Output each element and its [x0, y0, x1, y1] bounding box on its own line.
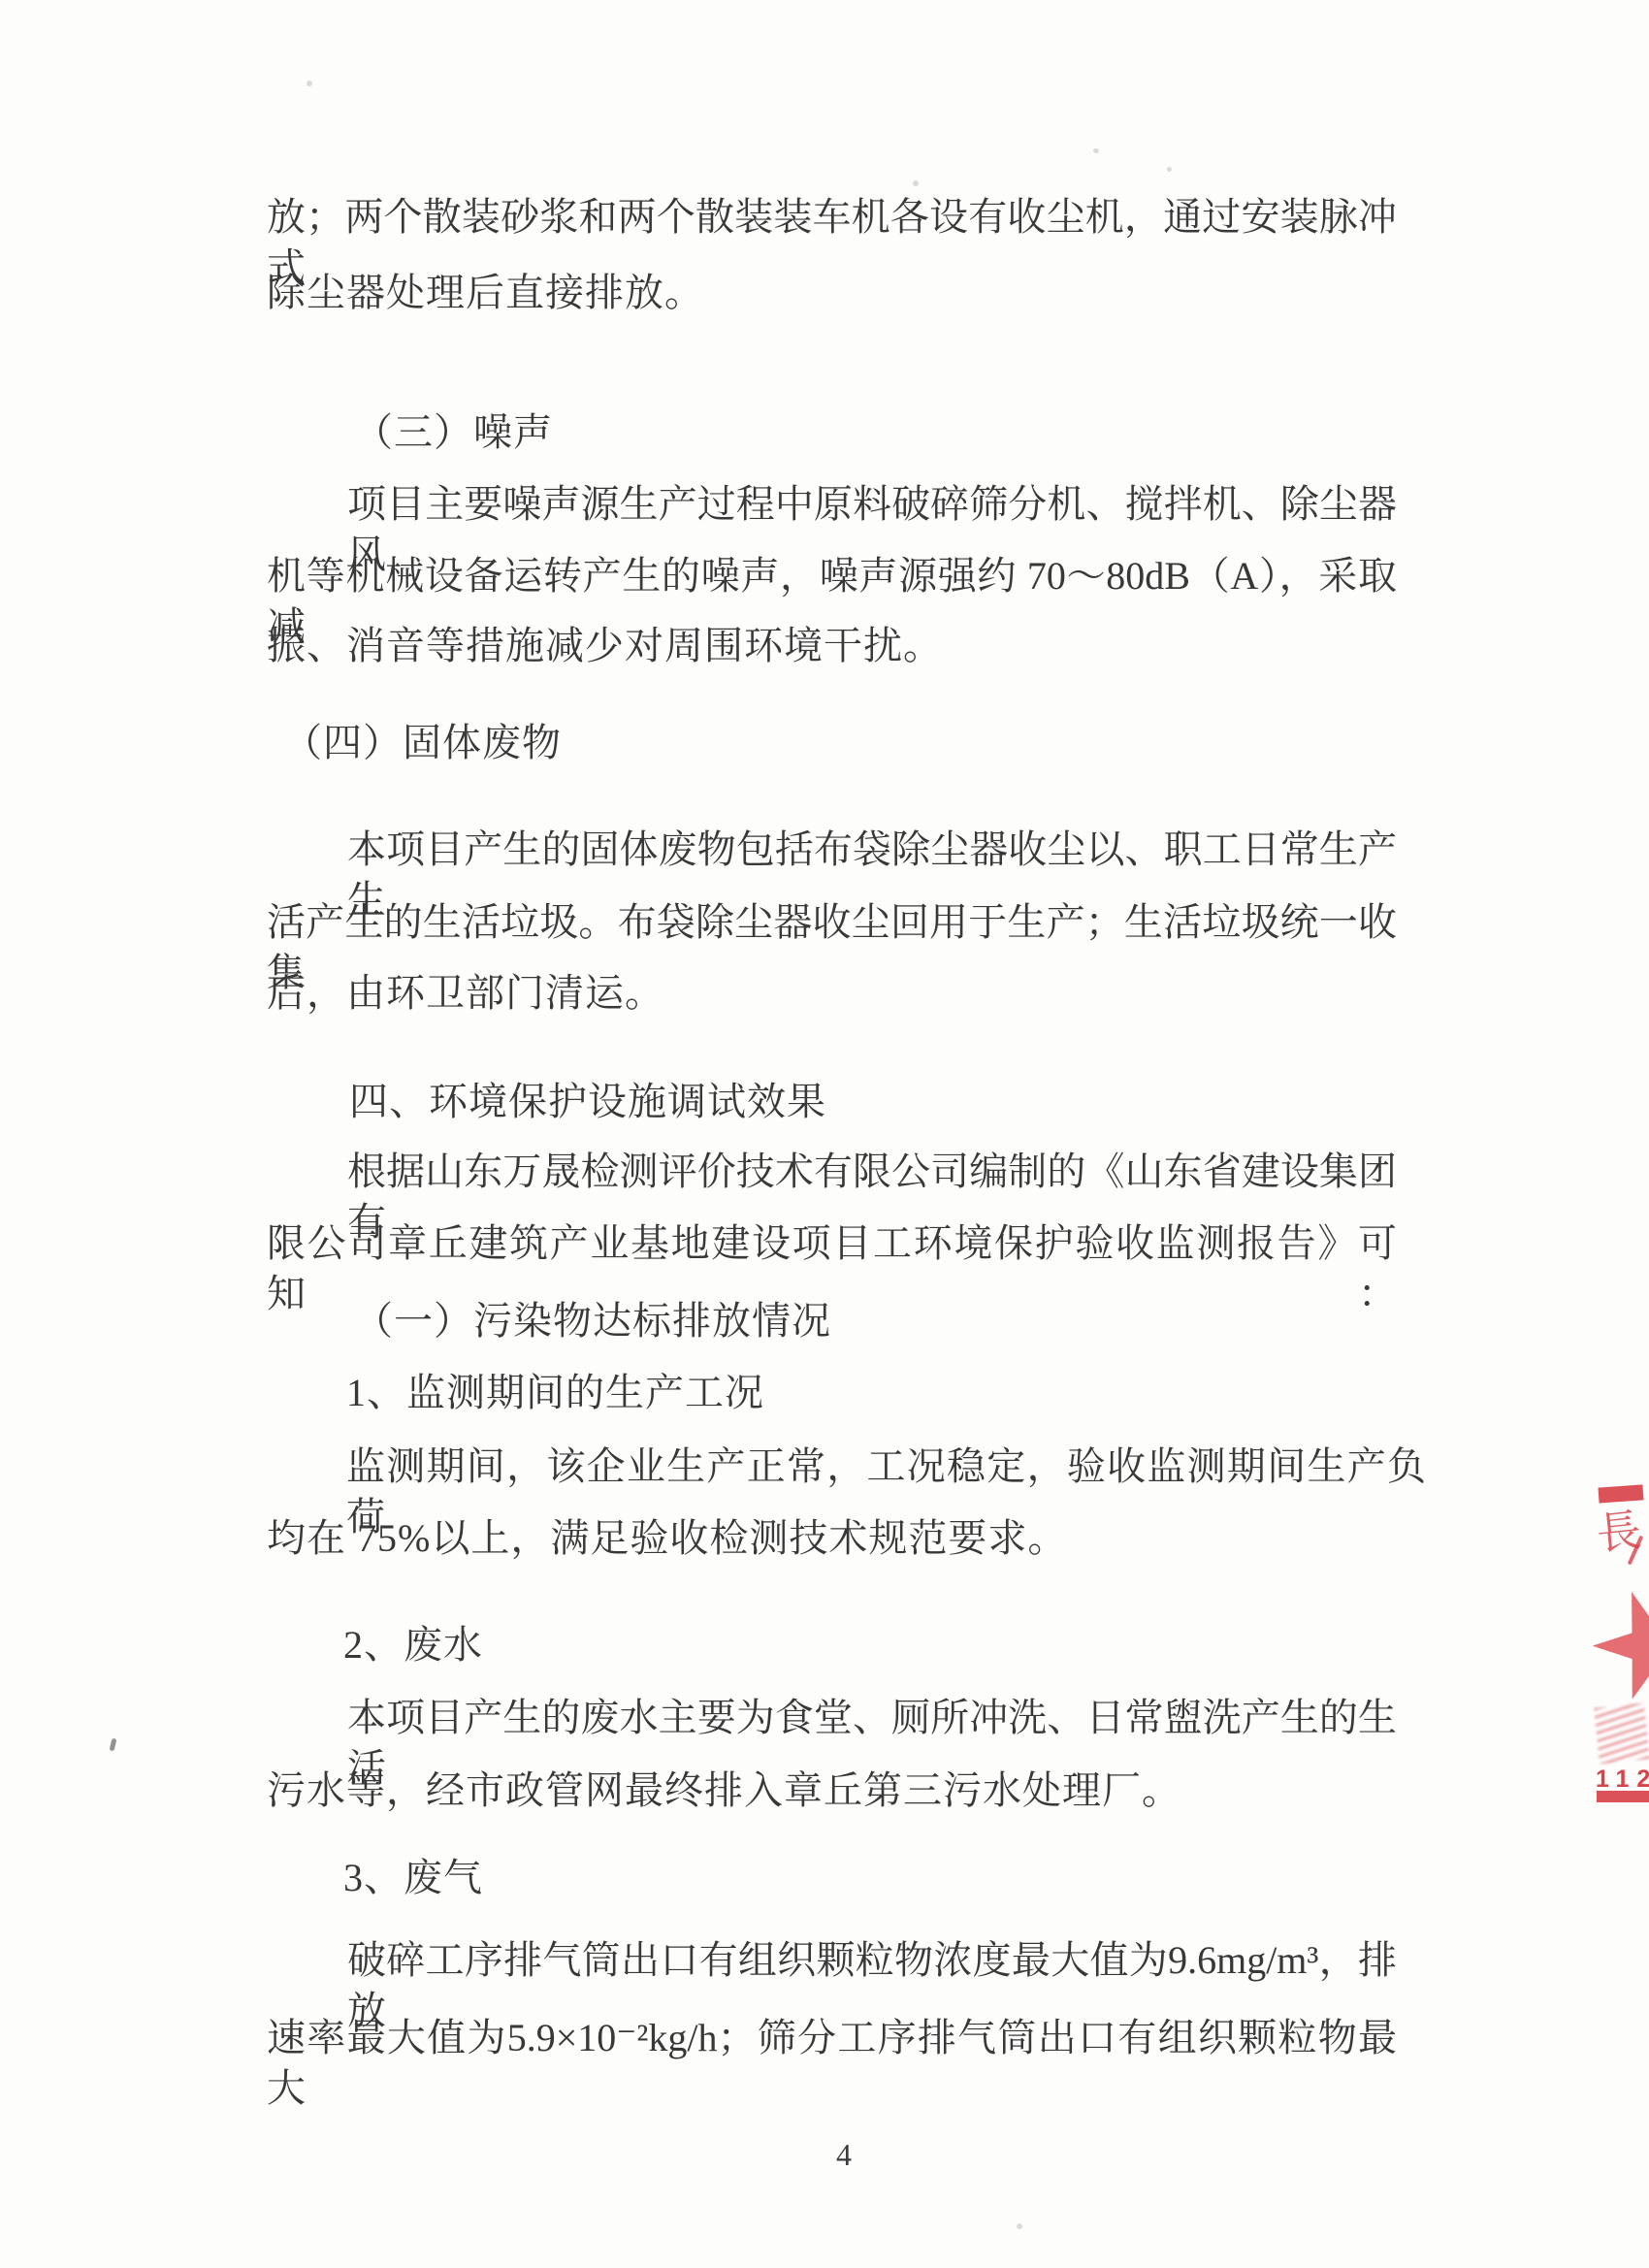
section-heading-noise: （三）噪声 [354, 407, 553, 458]
body-line: 均在 75%以上，满足验收检测技术规范要求。 [267, 1513, 1067, 1564]
scan-speck [747, 225, 752, 230]
scan-speck [1167, 167, 1172, 172]
seal-bar-bottom [1597, 1791, 1649, 1802]
seal-smudge [1594, 1702, 1649, 1764]
body-line: 速率最大值为5.9×10⁻²kg/h；筛分工序排气筒出口有组织颗粒物最大 [267, 2013, 1397, 2114]
scan-mark [110, 1738, 117, 1752]
subsection-heading-waste-gas: 3、废气 [343, 1853, 483, 1903]
subsection-heading-production-condition: 1、监测期间的生产工况 [346, 1368, 764, 1418]
scan-speck [1093, 148, 1099, 153]
document-page: 放；两个散装砂浆和两个散装装车机各设有收尘机，通过安装脉冲式 除尘器处理后直接排… [0, 0, 1649, 2268]
seal-star-icon [1578, 1574, 1649, 1716]
scan-speck [1017, 2223, 1022, 2229]
page-number: 4 [836, 2137, 852, 2173]
section-heading-pollutant-discharge: （一）污染物达标排放情况 [354, 1296, 831, 1346]
body-line: 振、消音等措施减少对周围环境干扰。 [267, 621, 943, 671]
section-heading-solid-waste: （四）固体废物 [283, 718, 562, 768]
body-line: 后，由环卫部门清运。 [267, 968, 664, 1019]
seal-number: 112 [1596, 1766, 1649, 1794]
seal-bar-top [1598, 1484, 1643, 1503]
red-seal-stamp: 長 112 [1591, 1474, 1649, 1814]
body-line: 除尘器处理后直接排放。 [267, 268, 704, 318]
scan-speck [307, 81, 312, 86]
section-heading-adjustment-effect: 四、环境保护设施调试效果 [349, 1077, 826, 1127]
subsection-heading-wastewater: 2、废水 [343, 1620, 483, 1670]
body-line: 污水等，经市政管网最终排入章丘第三污水处理厂。 [267, 1766, 1181, 1816]
scan-speck [913, 180, 919, 186]
